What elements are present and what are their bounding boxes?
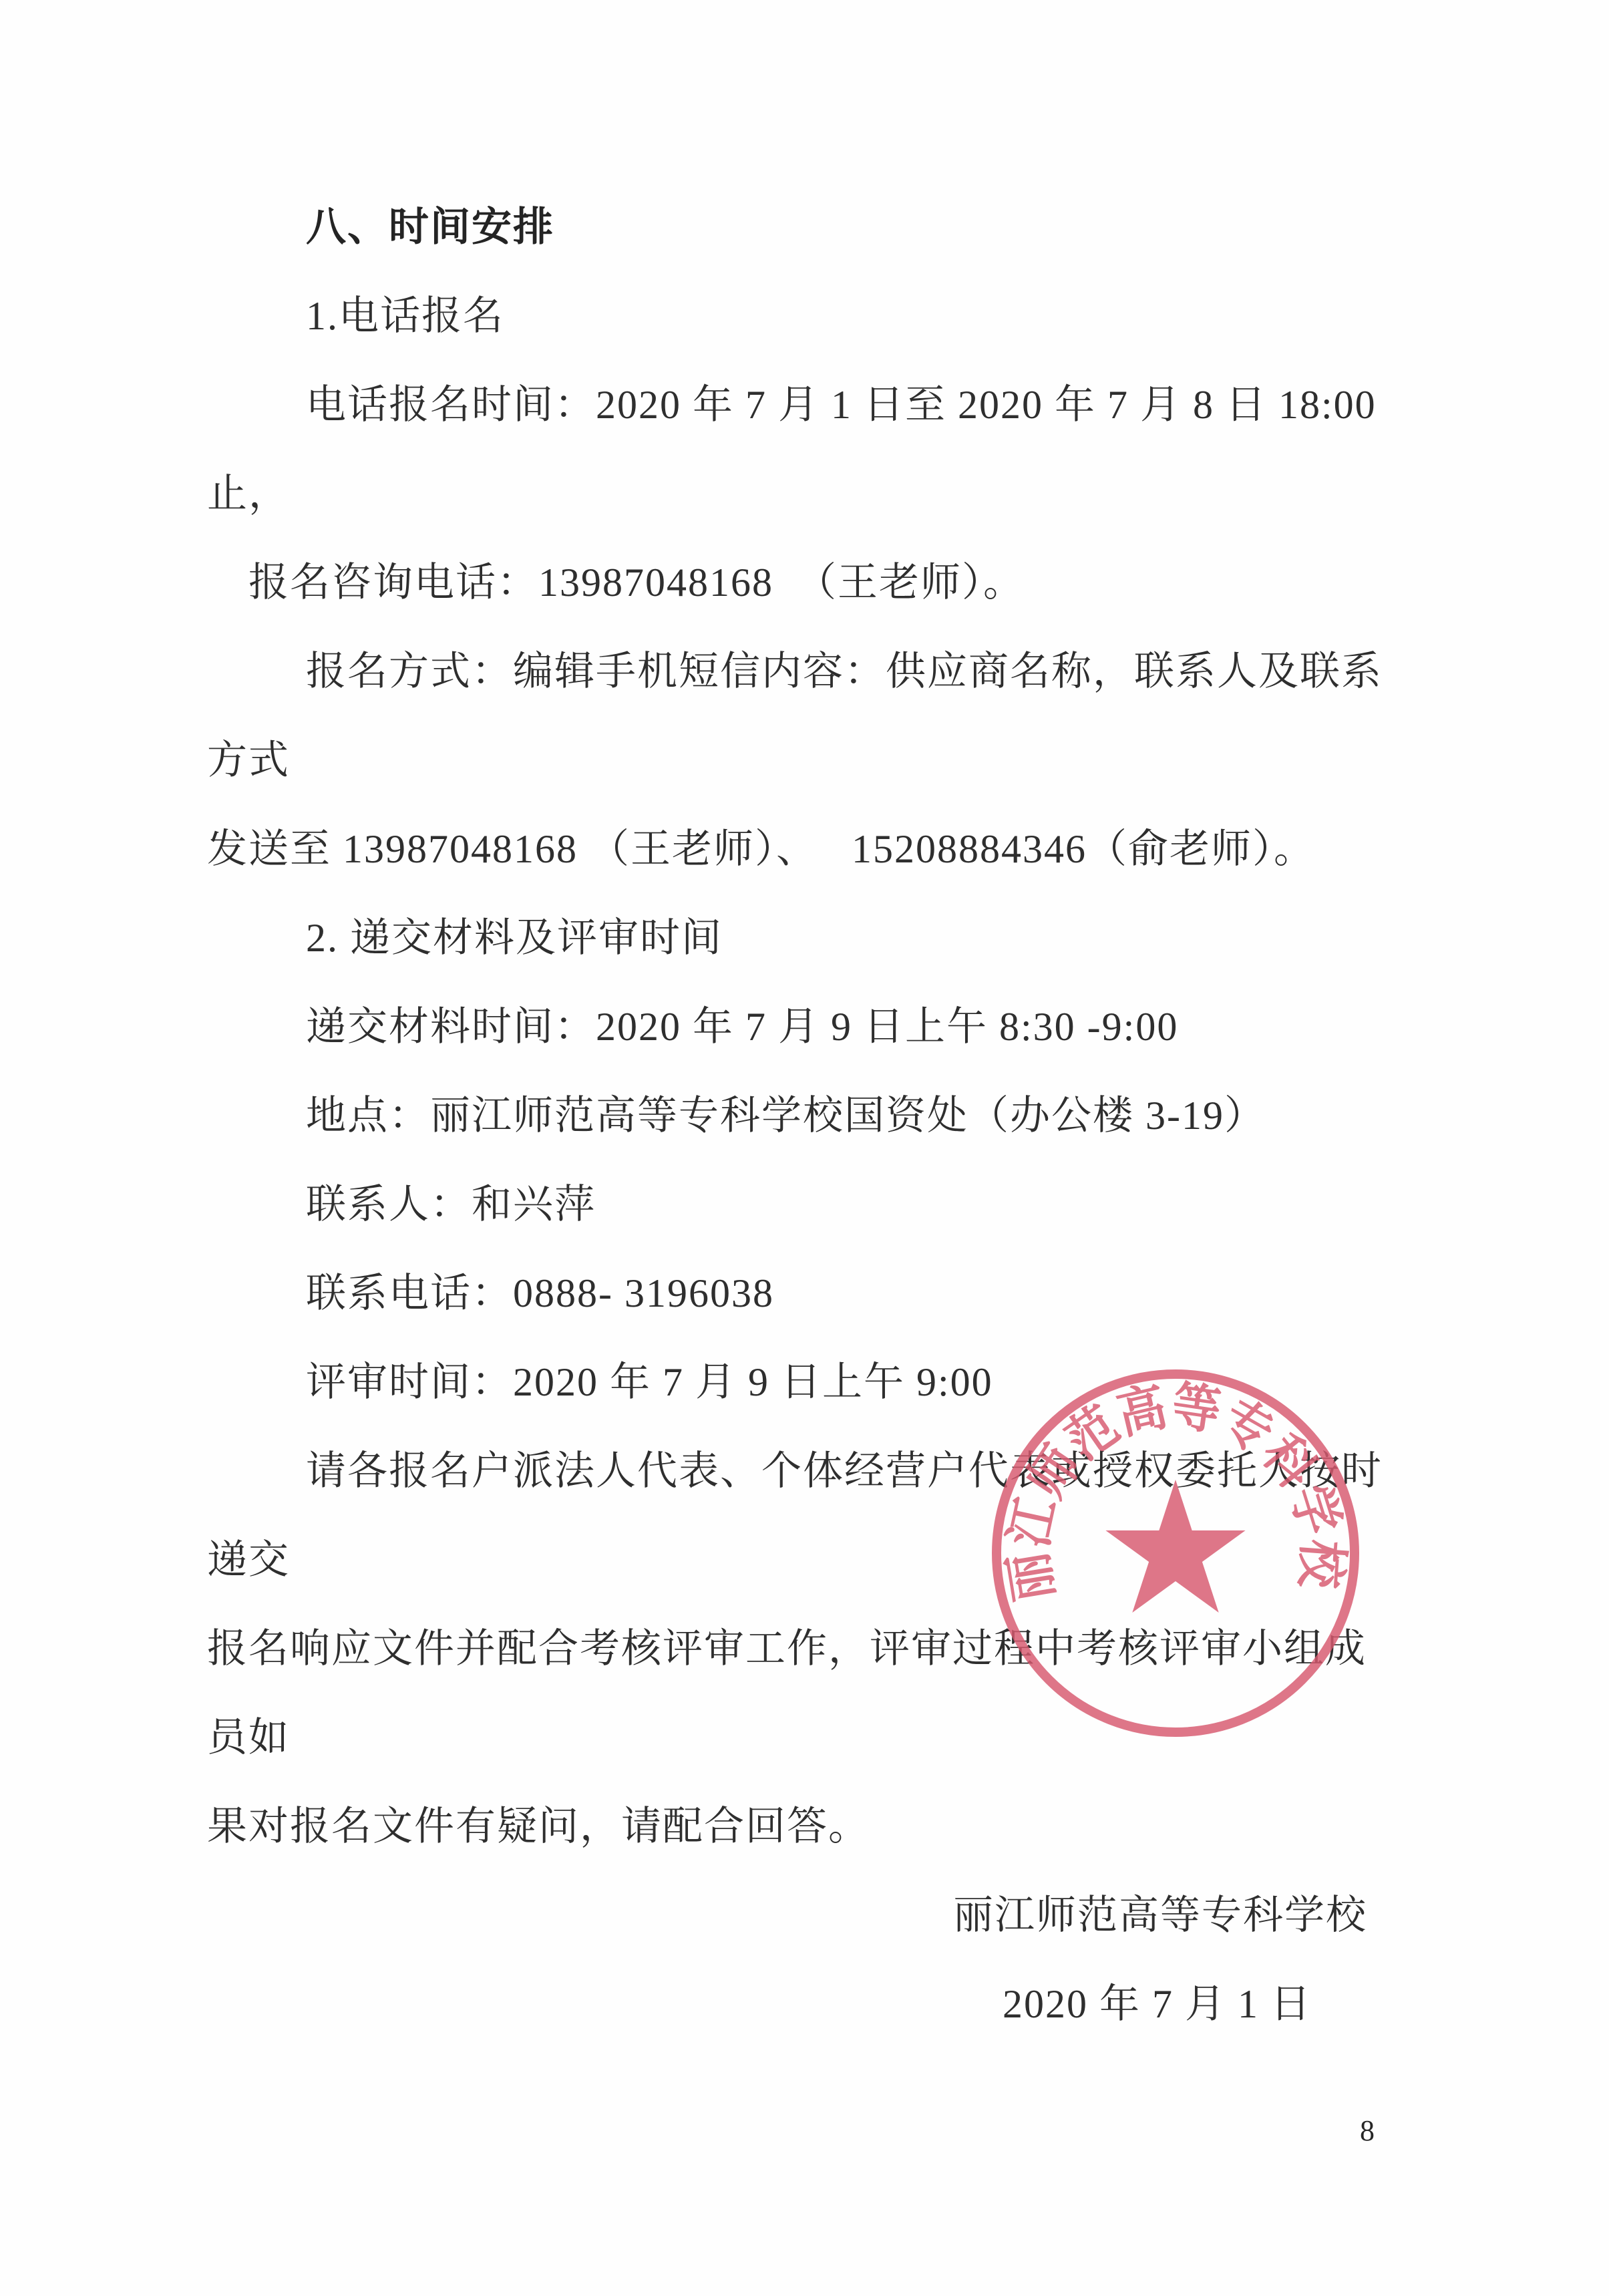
contact-person-line: 联系人：和兴萍: [207, 1160, 1402, 1249]
seal-star-icon: [1105, 1480, 1245, 1613]
consult-phone-line: 报名咨询电话：13987048168 （王老师）。: [207, 538, 1402, 627]
document-body: 八、时间安排 1.电话报名 电话报名时间：2020 年 7 月 1 日至 202…: [207, 183, 1402, 2049]
location-line: 地点：丽江师范高等专科学校国资处（办公楼 3-19）: [207, 1072, 1402, 1160]
page-number: 8: [1360, 2111, 1375, 2151]
contact-phone-line: 联系电话：0888- 3196038: [207, 1249, 1402, 1338]
subsection-1-title: 1.电话报名: [207, 272, 1402, 361]
phone-reg-time-line: 电话报名时间：2020 年 7 月 1 日至 2020 年 7 月 8 日 18…: [207, 361, 1402, 538]
signature-date: 2020 年 7 月 1 日: [207, 1960, 1402, 2049]
section-heading: 八、时间安排: [207, 183, 1402, 272]
signature-org: 丽江师范高等专科学校: [207, 1871, 1402, 1960]
subsection-2-title: 2. 递交材料及评审时间: [207, 894, 1402, 983]
material-time-line: 递交材料时间：2020 年 7 月 9 日上午 8:30 -9:00: [207, 983, 1402, 1072]
notice-para-line-3: 果对报名文件有疑问，请配合回答。: [207, 1782, 1402, 1871]
reg-method-line: 报名方式：编辑手机短信内容：供应商名称，联系人及联系方式: [207, 627, 1402, 805]
document-page: 八、时间安排 1.电话报名 电话报名时间：2020 年 7 月 1 日至 202…: [0, 0, 1609, 2296]
official-seal: 丽江师范高等专科学校: [975, 1353, 1376, 1754]
send-to-line: 发送至 13987048168 （王老师）、 15208884346（俞老师）。: [207, 805, 1402, 894]
